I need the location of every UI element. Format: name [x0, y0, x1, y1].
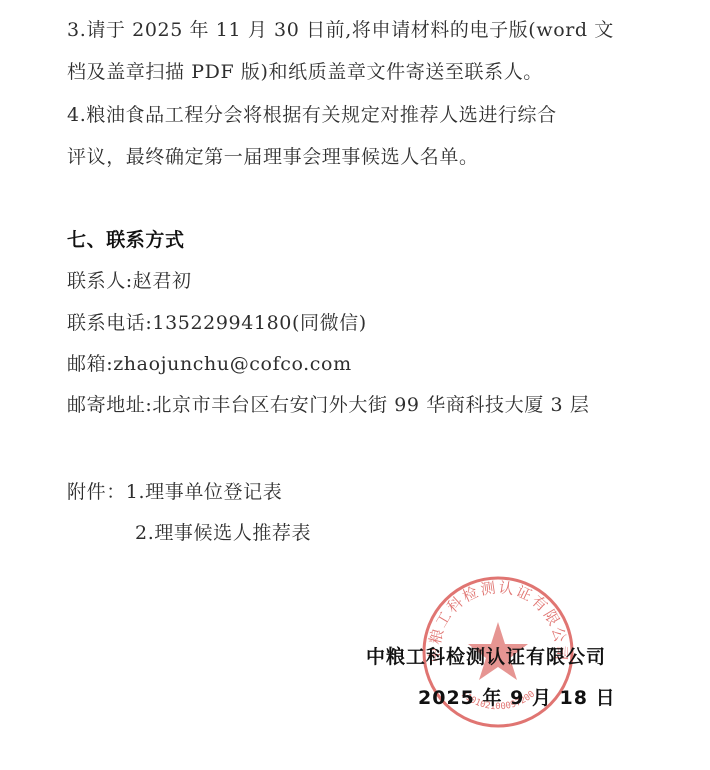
contact-heading: 七、联系方式 — [67, 228, 185, 252]
signature-company: 中粮工科检测认证有限公司 — [366, 642, 606, 669]
contact-person: 联系人:赵君初 — [67, 269, 192, 293]
contact-email[interactable]: 邮箱:zhaojunchu@cofco.com — [67, 352, 352, 376]
item-4-line-2: 评议，最终确定第一届理事会理事候选人名单。 — [67, 145, 479, 169]
attachment-1: 附件：1.理事单位登记表 — [67, 480, 282, 504]
contact-phone: 联系电话:13522994180(同微信) — [67, 311, 367, 335]
attachment-2: 2.理事候选人推荐表 — [135, 521, 311, 545]
item-4-line-1: 4.粮油食品工程分会将根据有关规定对推荐人选进行综合 — [67, 103, 557, 127]
item-3-line-1: 3.请于 2025 年 11 月 30 日前,将申请材料的电子版(word 文 — [67, 18, 614, 42]
item-3-line-2: 档及盖章扫描 PDF 版)和纸质盖章文件寄送至联系人。 — [67, 60, 543, 84]
signature-date: 2025 年 9 月 18 日 — [418, 683, 616, 710]
contact-address: 邮寄地址:北京市丰台区右安门外大街 99 华商科技大厦 3 层 — [67, 393, 589, 417]
